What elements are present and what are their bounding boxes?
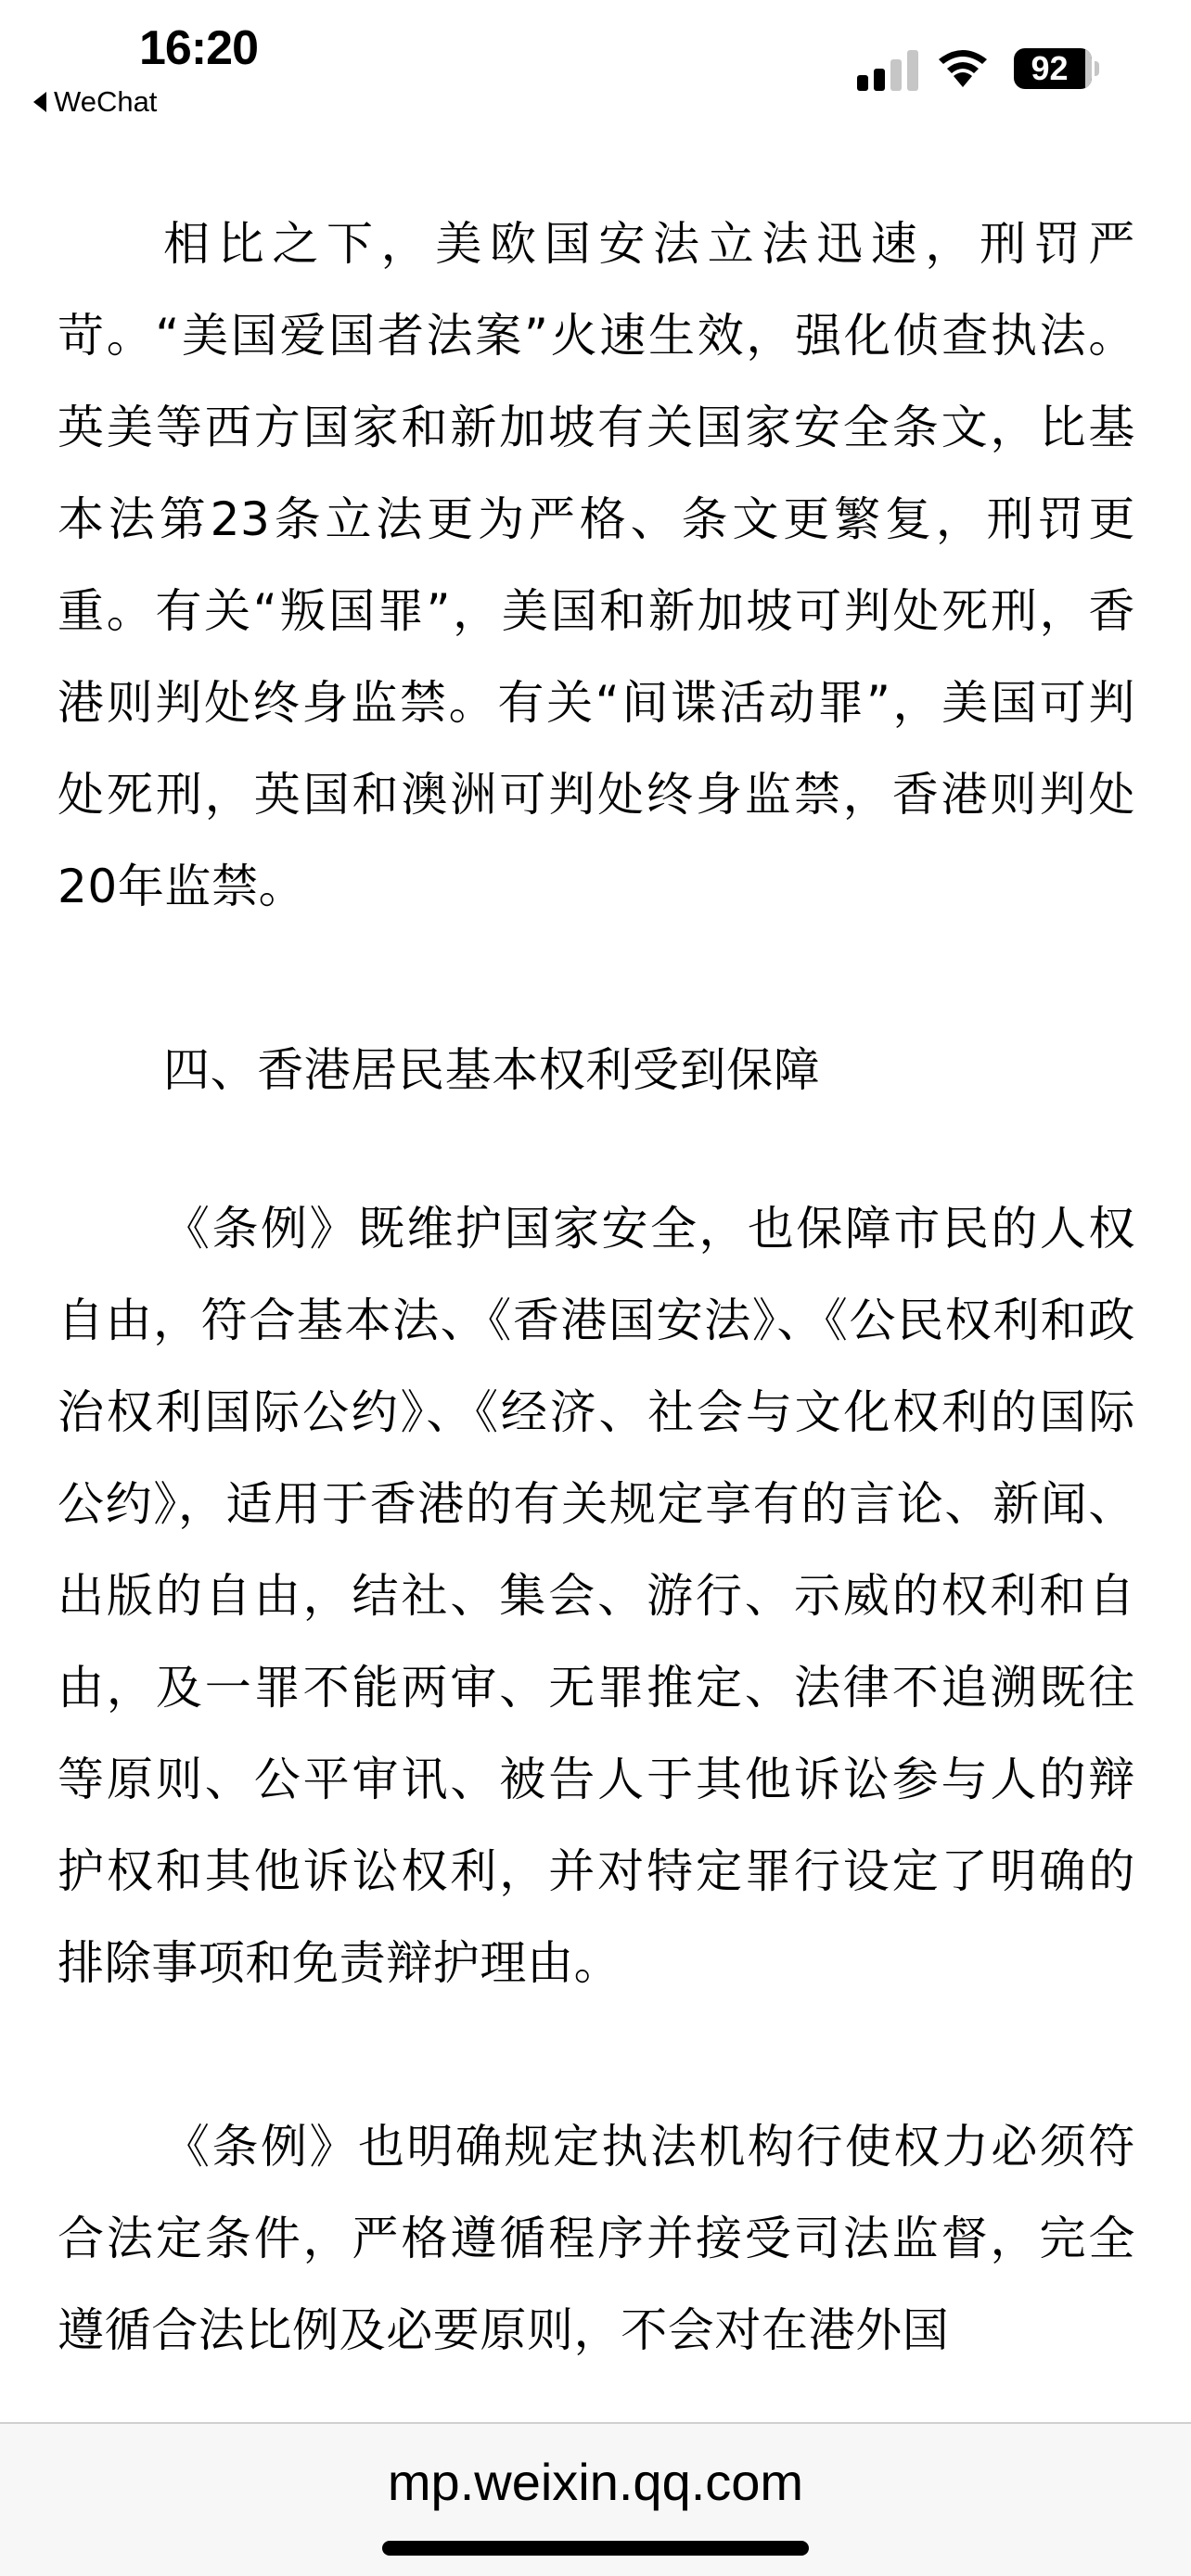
signal-bar-1 xyxy=(857,75,868,91)
article-body: 相比之下，美欧国安法立法迅速，刑罚严苛。“美国爱国者法案”火速生效，强化侦查执法… xyxy=(58,198,1135,2468)
status-bar: 16:20 WeChat 92 xyxy=(0,0,1191,130)
battery-empty-portion xyxy=(1085,48,1092,89)
signal-bar-4 xyxy=(907,50,918,91)
battery-cap xyxy=(1095,61,1099,76)
section-heading: 四、香港居民基本权利受到保障 xyxy=(58,1025,1135,1116)
signal-bar-3 xyxy=(890,59,902,91)
back-to-wechat-button[interactable]: WeChat xyxy=(33,85,157,119)
url-label[interactable]: mp.weixin.qq.com xyxy=(0,2452,1191,2512)
wifi-icon xyxy=(935,46,991,89)
browser-bottom-bar: mp.weixin.qq.com xyxy=(0,2422,1191,2576)
paragraph-enforcement: 《条例》也明确规定执法机构行使权力必须符合法定条件，严格遵循程序并接受司法监督，… xyxy=(58,2101,1135,2377)
battery-icon: 92 xyxy=(1014,48,1092,89)
back-arrow-icon xyxy=(33,92,46,112)
signal-icon xyxy=(857,48,922,91)
signal-bar-2 xyxy=(874,69,885,91)
status-time: 16:20 xyxy=(139,20,258,76)
home-indicator[interactable] xyxy=(382,2541,809,2556)
paragraph-rights: 《条例》既维护国家安全，也保障市民的人权自由，符合基本法、《香港国安法》、《公民… xyxy=(58,1183,1135,2009)
paragraph-comparison: 相比之下，美欧国安法立法迅速，刑罚严苛。“美国爱国者法案”火速生效，强化侦查执法… xyxy=(58,198,1135,933)
battery-level: 92 xyxy=(1014,48,1085,89)
back-label: WeChat xyxy=(54,85,157,119)
